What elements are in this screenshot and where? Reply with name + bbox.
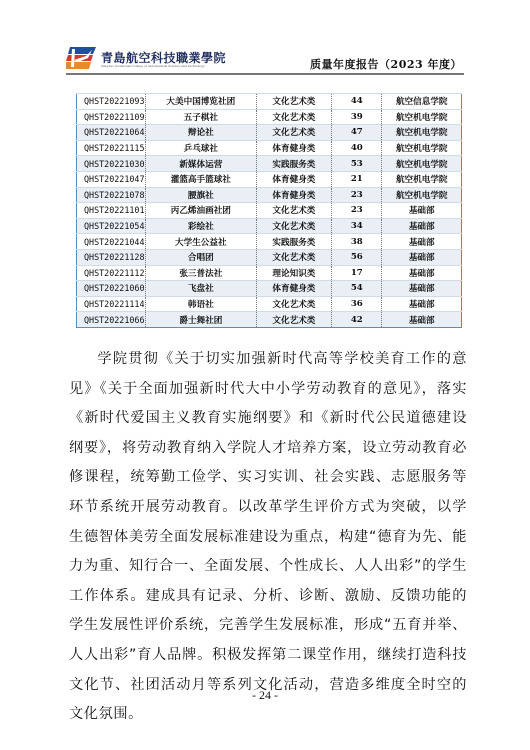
member-count-cell: 38 [332,234,382,250]
table-row: QHST20221066爵士舞社团文化艺术类42基础部 [77,312,462,328]
club-name-cell: 大学生公益社 [145,234,256,250]
department-cell: 航空机电学院 [382,125,462,141]
club-id-cell: QHST20221060 [77,281,146,297]
club-id-cell: QHST20221112 [77,265,146,281]
department-cell: 基础部 [382,312,462,328]
table-row: QHST20221030新媒体运营实践服务类53航空机电学院 [77,156,462,172]
department-cell: 基础部 [382,218,462,234]
school-name-english: Qingdao Vocational College of Aeronautic… [101,64,205,68]
report-title: 质量年度报告（2023 年度） [310,56,462,72]
club-id-cell: QHST20221115 [77,140,146,156]
member-count-cell: 34 [332,218,382,234]
member-count-cell: 44 [332,94,382,110]
club-name-cell: 大美中国博览社团 [145,94,256,110]
table-row: QHST20221064辩论社文化艺术类47航空机电学院 [77,125,462,141]
department-cell: 航空机电学院 [382,187,462,203]
club-category-cell: 体育健身类 [256,171,331,187]
club-category-cell: 体育健身类 [256,140,331,156]
page-header: 青島航空科技職業學院 Qingdao Vocational College of… [66,44,464,74]
club-name-cell: 张三普法社 [145,265,256,281]
club-id-cell: QHST20221044 [77,234,146,250]
table-row: QHST20221128合唱团文化艺术类56基础部 [77,249,462,265]
page-number: - 24 - [0,688,530,703]
club-name-cell: 辩论社 [145,125,256,141]
table-row: QHST20221114韩语社文化艺术类36基础部 [77,296,462,312]
table-row: QHST20221101丙乙烯油画社团文化艺术类23基础部 [77,203,462,219]
department-cell: 航空信息学院 [382,94,462,110]
club-category-cell: 体育健身类 [256,281,331,297]
member-count-cell: 40 [332,140,382,156]
member-count-cell: 39 [332,109,382,125]
table-row: QHST20221109五子棋社文化艺术类39航空机电学院 [77,109,462,125]
department-cell: 基础部 [382,234,462,250]
table-row: QHST20221115乒乓球社体育健身类40航空机电学院 [77,140,462,156]
club-category-cell: 文化艺术类 [256,218,331,234]
department-cell: 基础部 [382,249,462,265]
department-cell: 航空机电学院 [382,171,462,187]
table-row: QHST20221047灌篮高手篮球社体育健身类21航空机电学院 [77,171,462,187]
member-count-cell: 54 [332,281,382,297]
club-id-cell: QHST20221109 [77,109,146,125]
club-category-cell: 文化艺术类 [256,203,331,219]
member-count-cell: 36 [332,296,382,312]
club-category-cell: 理论知识类 [256,265,331,281]
college-logo-icon [66,46,96,70]
body-paragraph: 学院贯彻《关于切实加强新时代高等学校美育工作的意见》《关于全面加强新时代大中小学… [69,345,467,730]
table-row: QHST20221054彩绘社文化艺术类34基础部 [77,218,462,234]
club-category-cell: 文化艺术类 [256,296,331,312]
club-id-cell: QHST20221064 [77,125,146,141]
member-count-cell: 42 [332,312,382,328]
member-count-cell: 56 [332,249,382,265]
department-cell: 基础部 [382,265,462,281]
club-id-cell: QHST20221030 [77,156,146,172]
club-name-cell: 爵士舞社团 [145,312,256,328]
table-row: QHST20221093大美中国博览社团文化艺术类44航空信息学院 [77,94,462,110]
department-cell: 基础部 [382,281,462,297]
club-id-cell: QHST20221114 [77,296,146,312]
table-row: QHST20221044大学生公益社实践服务类38基础部 [77,234,462,250]
club-category-cell: 文化艺术类 [256,312,331,328]
club-name-cell: 新媒体运营 [145,156,256,172]
club-category-cell: 文化艺术类 [256,249,331,265]
department-cell: 航空机电学院 [382,156,462,172]
club-table: QHST20221093大美中国博览社团文化艺术类44航空信息学院QHST202… [76,93,462,328]
club-category-cell: 文化艺术类 [256,94,331,110]
club-name-cell: 飞盘社 [145,281,256,297]
department-cell: 基础部 [382,203,462,219]
member-count-cell: 23 [332,203,382,219]
header-divider [66,73,464,75]
club-id-cell: QHST20221093 [77,94,146,110]
member-count-cell: 47 [332,125,382,141]
club-name-cell: 丙乙烯油画社团 [145,203,256,219]
club-name-cell: 五子棋社 [145,109,256,125]
club-category-cell: 体育健身类 [256,187,331,203]
club-id-cell: QHST20221101 [77,203,146,219]
table-row: QHST20221078腰旗社体育健身类23航空机电学院 [77,187,462,203]
club-category-cell: 文化艺术类 [256,125,331,141]
table-row: QHST20221112张三普法社理论知识类17基础部 [77,265,462,281]
club-name-cell: 合唱团 [145,249,256,265]
club-name-cell: 腰旗社 [145,187,256,203]
department-cell: 航空机电学院 [382,140,462,156]
club-category-cell: 文化艺术类 [256,109,331,125]
club-id-cell: QHST20221078 [77,187,146,203]
club-id-cell: QHST20221066 [77,312,146,328]
department-cell: 航空机电学院 [382,109,462,125]
club-category-cell: 实践服务类 [256,156,331,172]
member-count-cell: 53 [332,156,382,172]
club-name-cell: 灌篮高手篮球社 [145,171,256,187]
club-id-cell: QHST20221047 [77,171,146,187]
club-id-cell: QHST20221128 [77,249,146,265]
member-count-cell: 23 [332,187,382,203]
club-category-cell: 实践服务类 [256,234,331,250]
department-cell: 基础部 [382,296,462,312]
table-row: QHST20221060飞盘社体育健身类54基础部 [77,281,462,297]
club-name-cell: 彩绘社 [145,218,256,234]
body-paragraph-container: 学院贯彻《关于切实加强新时代高等学校美育工作的意见》《关于全面加强新时代大中小学… [69,345,467,730]
member-count-cell: 17 [332,265,382,281]
member-count-cell: 21 [332,171,382,187]
club-id-cell: QHST20221054 [77,218,146,234]
club-name-cell: 乒乓球社 [145,140,256,156]
club-name-cell: 韩语社 [145,296,256,312]
